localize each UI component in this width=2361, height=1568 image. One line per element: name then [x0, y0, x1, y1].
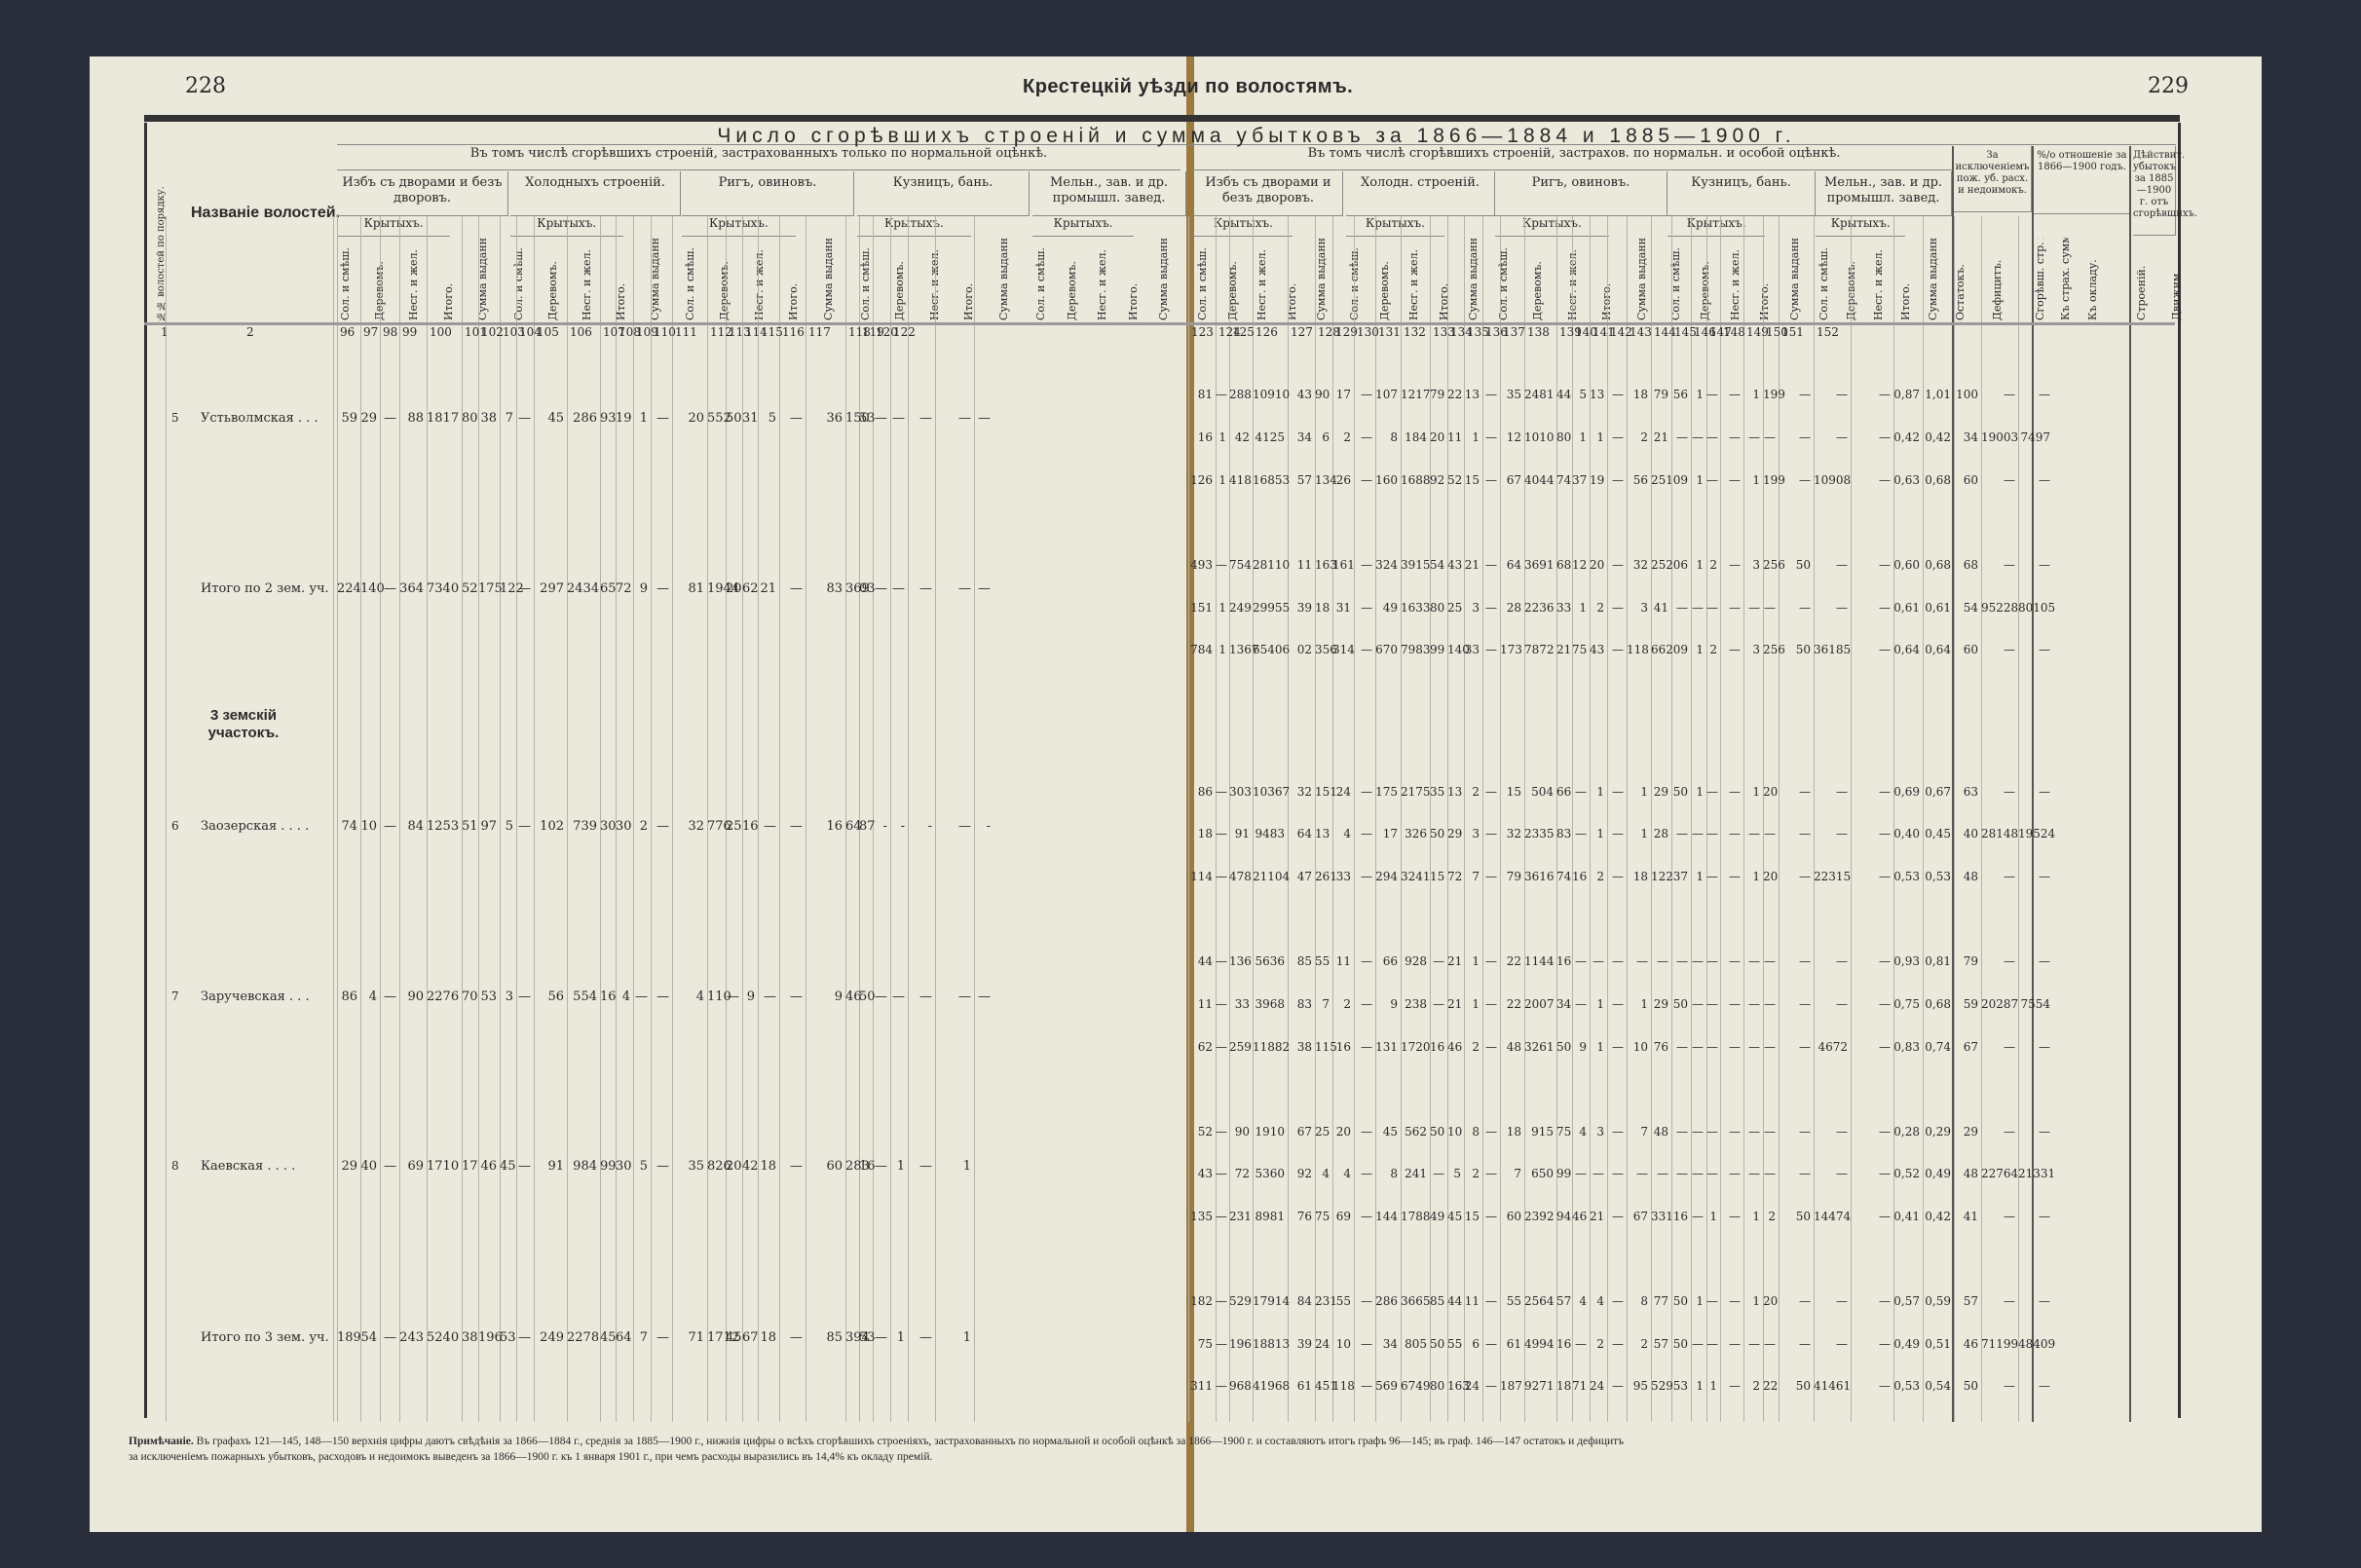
table-cell: 4 — [1332, 827, 1351, 840]
table-cell: 75 — [1188, 1337, 1213, 1351]
top-rule — [144, 115, 2180, 122]
table-cell: 2335 — [1524, 827, 1554, 840]
table-cell: 478 — [1229, 870, 1250, 883]
table-cell: — — [2018, 473, 2050, 487]
table-cell: - — [908, 819, 932, 834]
table-cell: 47 — [1288, 870, 1312, 883]
table-cell: 45 — [726, 1330, 739, 1345]
table-cell: 1 — [1464, 954, 1480, 968]
column-number: 152 — [1817, 325, 1839, 339]
table-cell: 1 — [1627, 785, 1648, 799]
table-cell: 53 — [1671, 1379, 1688, 1393]
table-cell: 826 — [707, 1159, 723, 1174]
table-cell: — — [1706, 473, 1717, 487]
table-cell: 288 — [1229, 388, 1250, 401]
table-cell: 1253 — [427, 819, 459, 834]
table-cell: 54 — [1430, 558, 1444, 572]
table-cell: 13 — [1447, 785, 1461, 799]
table-cell: 38 — [462, 1330, 475, 1345]
table-cell: 4044 — [1524, 473, 1554, 487]
group-header-right-1: Холодн. строеній. — [1346, 171, 1495, 216]
table-cell: — — [1851, 1379, 1891, 1393]
table-cell: 91 — [1229, 827, 1250, 840]
table-cell: 131 — [1375, 1040, 1398, 1054]
subcolumn-header: Несг. и жел. — [407, 238, 420, 320]
table-cell: — — [1814, 388, 1848, 401]
table-cell: 30 — [600, 819, 613, 834]
table-cell: — — [1354, 954, 1372, 968]
table-cell: 0,57 — [1893, 1294, 1920, 1308]
table-cell: 231 — [1229, 1210, 1250, 1223]
table-cell: 31 — [742, 411, 755, 426]
table-cell: 1 — [1691, 643, 1704, 656]
table-cell: — — [1482, 785, 1497, 799]
table-cell: 1 — [1216, 601, 1226, 615]
table-cell: 1 — [1706, 1210, 1717, 1223]
table-cell: 32 — [1500, 827, 1521, 840]
subcolumn-header: Сумма выданна-го вознагражд. — [1788, 238, 1801, 320]
table-cell: 50 — [1671, 1294, 1688, 1308]
volost-name: Заручевская . . . — [201, 989, 310, 1004]
table-cell: — — [1482, 1379, 1497, 1393]
subcolumn-header: Сол. и смѣш. — [339, 238, 352, 320]
table-cell: 331 — [1651, 1210, 1668, 1223]
table-cell: — — [1216, 1167, 1226, 1180]
table-cell: — — [380, 581, 396, 596]
table-cell: 40 — [360, 1159, 377, 1174]
table-cell: 43 — [1590, 643, 1604, 656]
table-cell: 10 — [1332, 1337, 1351, 1351]
table-cell: 6 — [1315, 430, 1330, 444]
table-cell: 18 — [758, 1159, 776, 1174]
table-cell: 259 — [1229, 1040, 1250, 1054]
volost-name: Устьволмская . . . — [201, 411, 319, 426]
table-cell: — — [380, 1330, 396, 1345]
table-cell: — — [1981, 1379, 2015, 1393]
table-cell: — — [2018, 785, 2050, 799]
table-cell: 122 — [1651, 870, 1668, 883]
table-cell: 32 — [1288, 785, 1312, 799]
table-cell: — — [380, 411, 396, 426]
covered-label: Крытыхъ. — [1668, 216, 1765, 237]
table-cell: 4 — [1590, 1294, 1604, 1308]
table-cell: 28 — [1500, 601, 1521, 615]
table-cell: 784 — [1188, 643, 1213, 656]
table-cell: 62 — [1188, 1040, 1213, 1054]
table-cell: 46 — [1572, 1210, 1587, 1223]
column-number: 123 — [1191, 325, 1214, 339]
table-cell: 72 — [1447, 870, 1461, 883]
table-cell: 65 — [600, 581, 613, 596]
table-cell: 2007 — [1524, 997, 1554, 1011]
table-cell: 0,54 — [1923, 1379, 1951, 1393]
table-cell: 21 — [1651, 430, 1668, 444]
column-number: 1 — [161, 325, 169, 339]
table-cell: 54 — [360, 1330, 377, 1345]
table-cell: — — [1607, 388, 1624, 401]
table-cell: — — [1572, 954, 1587, 968]
column-number: 122 — [893, 325, 916, 339]
table-cell: 151 — [1188, 601, 1213, 615]
table-cell: 0,83 — [1893, 1040, 1920, 1054]
row-number: 8 — [171, 1159, 179, 1173]
table-cell: — — [1354, 785, 1372, 799]
table-cell: — — [908, 989, 932, 1004]
table-cell: 64 — [1500, 558, 1521, 572]
column-divider — [333, 216, 334, 1422]
table-cell: 326 — [1401, 827, 1427, 840]
table-cell: 662 — [1651, 643, 1668, 656]
table-cell: 1 — [890, 1330, 905, 1345]
table-cell: 21 — [1556, 643, 1569, 656]
table-cell: 16 — [1332, 1040, 1351, 1054]
group-header-actual: Дѣйствит. убытокъ за 1885—1900 г. отъ сг… — [2133, 146, 2176, 236]
table-cell: 50 — [1430, 1125, 1444, 1139]
table-cell: — — [1763, 1167, 1776, 1180]
table-cell: 0,74 — [1923, 1040, 1951, 1054]
table-cell: 311 — [1188, 1379, 1213, 1393]
table-cell: — — [779, 1159, 803, 1174]
table-cell: 3 — [1743, 643, 1760, 656]
table-cell: 66 — [1556, 785, 1569, 799]
table-cell: — — [1482, 473, 1497, 487]
column-divider-bold — [1952, 146, 1954, 1422]
table-cell: — — [1851, 997, 1891, 1011]
table-cell: — — [2018, 388, 2050, 401]
table-cell: 44 — [1188, 954, 1213, 968]
table-cell: 10908 — [1814, 473, 1848, 487]
table-cell: 39 — [1288, 1337, 1312, 1351]
subcolumn-header: Несг. и жел. — [1255, 238, 1268, 320]
row-number: 5 — [171, 411, 179, 425]
table-cell: 2 — [1332, 430, 1351, 444]
table-cell: 21 — [1590, 1210, 1604, 1223]
table-cell: 25 — [726, 819, 739, 834]
table-cell: 2278 — [567, 1330, 597, 1345]
table-cell: — — [1981, 870, 2015, 883]
subcolumn-header: Несг. и жел. — [1096, 238, 1108, 320]
table-cell: 9483 — [1253, 827, 1285, 840]
table-cell: 175 — [478, 581, 497, 596]
table-cell: — — [1981, 558, 2015, 572]
table-cell: 11 — [1464, 1294, 1480, 1308]
table-cell: 99 — [1430, 643, 1444, 656]
covered-label: Крытыхъ. — [857, 216, 971, 237]
table-cell: 49 — [1375, 601, 1398, 615]
group-header-left-1: Холодныхъ строеній. — [510, 171, 681, 216]
table-cell: 13 — [1315, 827, 1330, 840]
group-header-exclusion: За исключеніемъ пож. уб. расх. и недоимо… — [1954, 146, 2032, 212]
table-cell: 65406 — [1253, 643, 1285, 656]
table-cell: 53 — [859, 411, 870, 426]
column-number: 143 — [1630, 325, 1652, 339]
table-cell: 20 — [672, 411, 704, 426]
table-cell: — — [1814, 601, 1848, 615]
table-cell: — — [1482, 1337, 1497, 1351]
subcolumn-header: Сумма выданна-го вознагражд. — [1635, 238, 1648, 320]
table-cell: 1688 — [1401, 473, 1427, 487]
table-cell: 48 — [1954, 1167, 1978, 1180]
table-cell: — — [1430, 954, 1444, 968]
table-cell: 52 — [1188, 1125, 1213, 1139]
table-cell: — — [1627, 954, 1648, 968]
table-cell: 46 — [1954, 1337, 1978, 1351]
subcolumn-header: Несг. и жел. — [1407, 238, 1420, 320]
group-header-right-4: Мельн., зав. и др. промышл. завед. — [1816, 171, 1952, 216]
table-cell: 28 — [1651, 827, 1668, 840]
table-cell: 2236 — [1524, 601, 1554, 615]
table-cell: — — [1851, 601, 1891, 615]
subcolumn-header-extra: Къ окладу. — [2086, 238, 2099, 320]
table-cell: — — [633, 989, 648, 1004]
table-cell: 7497 — [2018, 430, 2050, 444]
table-cell: 144 — [1375, 1210, 1398, 1223]
table-cell: — — [1720, 1210, 1741, 1223]
table-cell: 64 — [616, 1330, 630, 1345]
table-cell: 24 — [1590, 1379, 1604, 1393]
table-cell: 11 — [1288, 558, 1312, 572]
table-cell: 4 — [1332, 1167, 1351, 1180]
table-cell: — — [1981, 785, 2015, 799]
table-cell: 0,61 — [1893, 601, 1920, 615]
table-cell: — — [890, 411, 905, 426]
table-cell: 650 — [1524, 1167, 1554, 1180]
table-cell: 6 — [1464, 1337, 1480, 1351]
table-cell: 552 — [707, 411, 723, 426]
table-cell: 21 — [1447, 997, 1461, 1011]
table-cell: 32 — [1627, 558, 1648, 572]
table-cell: 2 — [633, 819, 648, 834]
table-cell: — — [1482, 1294, 1497, 1308]
table-cell: 84 — [1288, 1294, 1312, 1308]
table-cell: 36185 — [1814, 643, 1848, 656]
group-header-left-0: Избъ съ дворами и безъ дворовъ. — [337, 171, 508, 216]
table-cell: 286 — [1375, 1294, 1398, 1308]
table-cell: — — [1607, 1167, 1624, 1180]
table-cell: 76 — [1288, 1210, 1312, 1223]
table-cell: 286 — [567, 411, 597, 426]
table-cell: — — [651, 819, 669, 834]
table-cell: 60 — [1500, 1210, 1521, 1223]
table-cell: 1712 — [707, 1330, 723, 1345]
table-cell: 10367 — [1253, 785, 1285, 799]
table-cell: 1 — [1691, 785, 1704, 799]
table-cell: 69 — [1332, 1210, 1351, 1223]
table-cell: 20 — [1763, 1294, 1776, 1308]
table-cell: 2 — [1627, 1337, 1648, 1351]
table-cell: 71199 — [1981, 1337, 2015, 1351]
table-cell: 1 — [1627, 997, 1648, 1011]
table-cell: 7 — [1315, 997, 1330, 1011]
table-cell: 15 — [1500, 785, 1521, 799]
table-cell: — — [1743, 1040, 1760, 1054]
table-cell: — — [1743, 1125, 1760, 1139]
volost-name: Каевская . . . . — [201, 1159, 295, 1174]
table-cell: 21104 — [1253, 870, 1285, 883]
table-cell: 0,49 — [1923, 1167, 1951, 1180]
table-cell: 60 — [1954, 643, 1978, 656]
table-cell: — — [1706, 785, 1717, 799]
table-cell: 16 — [1671, 1210, 1688, 1223]
table-cell: — — [726, 989, 739, 1004]
table-cell: 0,67 — [1923, 785, 1951, 799]
table-cell: 38 — [1288, 1040, 1312, 1054]
table-cell: 21 — [1447, 954, 1461, 968]
table-cell: 0,87 — [1893, 388, 1920, 401]
table-cell: 5636 — [1253, 954, 1285, 968]
table-cell: — — [1981, 954, 2015, 968]
table-cell: 110 — [707, 989, 723, 1004]
subcolumn-header-extra: Дефицитъ. — [1991, 238, 2004, 320]
table-cell: 1217 — [1401, 388, 1427, 401]
table-cell: 10 — [1447, 1125, 1461, 1139]
footnote-label: Примѣчаніе. — [129, 1436, 194, 1447]
table-cell: 199 — [1763, 473, 1776, 487]
table-cell: — — [1216, 954, 1226, 968]
table-cell: — — [935, 989, 971, 1004]
table-cell: — — [1691, 1167, 1704, 1180]
table-cell: 09 — [1671, 643, 1688, 656]
table-cell: — — [1482, 1125, 1497, 1139]
table-cell: 29 — [360, 411, 377, 426]
table-cell: — — [516, 581, 531, 596]
table-cell: 562 — [1401, 1125, 1427, 1139]
table-cell: 8981 — [1253, 1210, 1285, 1223]
table-cell: 0,53 — [1893, 1379, 1920, 1393]
table-cell: 67 — [1954, 1040, 1978, 1054]
table-cell: 8 — [1464, 1125, 1480, 1139]
table-cell: 59 — [1954, 997, 1978, 1011]
subcolumn-header: Сол. и смѣш. — [512, 238, 525, 320]
column-divider — [166, 216, 167, 1422]
table-cell: 8 — [1627, 1294, 1648, 1308]
table-cell: — — [1743, 1337, 1760, 1351]
table-cell: — — [1763, 601, 1776, 615]
table-cell: 16 — [1556, 954, 1569, 968]
table-cell: — — [1706, 430, 1717, 444]
table-cell: — — [1779, 1294, 1811, 1308]
table-cell: — — [1763, 997, 1776, 1011]
table-cell: — — [1743, 997, 1760, 1011]
table-cell: 83 — [1556, 827, 1569, 840]
table-cell: 9 — [1375, 997, 1398, 1011]
table-cell: — — [873, 581, 887, 596]
table-cell: 163 — [1315, 558, 1330, 572]
table-cell: 20 — [726, 581, 739, 596]
table-cell: 48 — [1954, 870, 1978, 883]
table-cell: 118 — [1627, 643, 1648, 656]
table-cell: — — [1482, 643, 1497, 656]
table-cell: — — [651, 1330, 669, 1345]
table-cell: 20287 — [1981, 997, 2015, 1011]
table-cell: 48409 — [2018, 1337, 2050, 1351]
table-cell: 256 — [1763, 558, 1776, 572]
table-cell: 182 — [1188, 1294, 1213, 1308]
subcolumn-header: Несг. и жел. — [1729, 238, 1742, 320]
table-cell: 19 — [616, 411, 630, 426]
table-cell: - — [974, 819, 991, 834]
table-cell: — — [1607, 430, 1624, 444]
table-cell: — — [1814, 785, 1848, 799]
table-cell: 17 — [462, 1159, 475, 1174]
table-cell: 1 — [633, 411, 648, 426]
table-cell: 79 — [1430, 388, 1444, 401]
table-cell: — — [1482, 997, 1497, 1011]
table-cell: 136 — [1229, 954, 1250, 968]
subheader-special-valuation: Въ томъ числѣ сгорѣвшихъ строеній, застр… — [1194, 146, 1954, 170]
table-cell: 22315 — [1814, 870, 1848, 883]
table-cell: — — [890, 989, 905, 1004]
table-cell: — — [1607, 1210, 1624, 1223]
volost-name: Итого по 3 зем. уч. — [201, 1330, 329, 1345]
table-cell: 2175 — [1401, 785, 1427, 799]
table-cell: — — [1851, 1210, 1891, 1223]
table-cell: 1 — [935, 1159, 971, 1174]
table-cell: — — [1981, 643, 2015, 656]
table-cell: 50 — [1430, 1337, 1444, 1351]
table-cell: — — [1482, 1167, 1497, 1180]
table-cell: 1817 — [427, 411, 459, 426]
column-number: 130 — [1357, 325, 1379, 339]
table-cell: — — [1720, 388, 1741, 401]
table-cell: 43 — [1188, 1167, 1213, 1180]
table-cell: 0,41 — [1893, 1210, 1920, 1223]
table-cell: 1633 — [1401, 601, 1427, 615]
covered-label: Крытыхъ. — [1495, 216, 1609, 237]
table-cell: 14474 — [1814, 1210, 1848, 1223]
table-cell: — — [1691, 1210, 1704, 1223]
table-cell: — — [935, 819, 971, 834]
table-cell: 25 — [1315, 1125, 1330, 1139]
table-cell: 17 — [1375, 827, 1398, 840]
table-cell: 7 — [1627, 1125, 1648, 1139]
table-cell: 19 — [1590, 473, 1604, 487]
table-cell: 1 — [1590, 1040, 1604, 1054]
table-cell: 2 — [1743, 1379, 1760, 1393]
table-cell: 163 — [1447, 1379, 1461, 1393]
table-cell: — — [1607, 997, 1624, 1011]
table-cell: 87 — [859, 819, 870, 834]
table-cell: 67 — [742, 1330, 755, 1345]
table-cell: 2 — [1763, 1210, 1776, 1223]
table-cell: 86 — [1188, 785, 1213, 799]
subcolumn-header: Несг. и жел. — [581, 238, 593, 320]
table-cell: 1 — [1691, 388, 1704, 401]
subcolumn-header: Сол. и смѣш. — [1034, 238, 1047, 320]
table-cell: 22764 — [1981, 1167, 2015, 1180]
table-cell: 187 — [1500, 1379, 1521, 1393]
table-cell: — — [1354, 1167, 1372, 1180]
table-cell: 252 — [1651, 558, 1668, 572]
table-cell: — — [1216, 997, 1226, 1011]
table-cell: 8 — [1375, 1167, 1398, 1180]
subcolumn-header-extra: Остатокъ. — [1954, 238, 1967, 320]
table-cell: — — [908, 411, 932, 426]
table-cell: — — [1720, 870, 1741, 883]
table-cell: 0,42 — [1923, 430, 1951, 444]
table-cell: — — [1691, 827, 1704, 840]
table-cell: 80 — [1430, 1379, 1444, 1393]
table-cell: 75 — [1556, 1125, 1569, 1139]
table-cell: 2 — [1706, 643, 1717, 656]
table-cell: — — [1743, 430, 1760, 444]
subcolumn-header: Итого. — [1758, 238, 1771, 320]
subcolumn-header: Сумма выданна-го вознагражд. — [1467, 238, 1480, 320]
table-cell: — — [1720, 1379, 1741, 1393]
subcolumn-header: Деревомъ. — [718, 238, 731, 320]
table-cell: 66 — [1375, 954, 1398, 968]
table-cell: 7 — [1500, 1167, 1521, 1180]
